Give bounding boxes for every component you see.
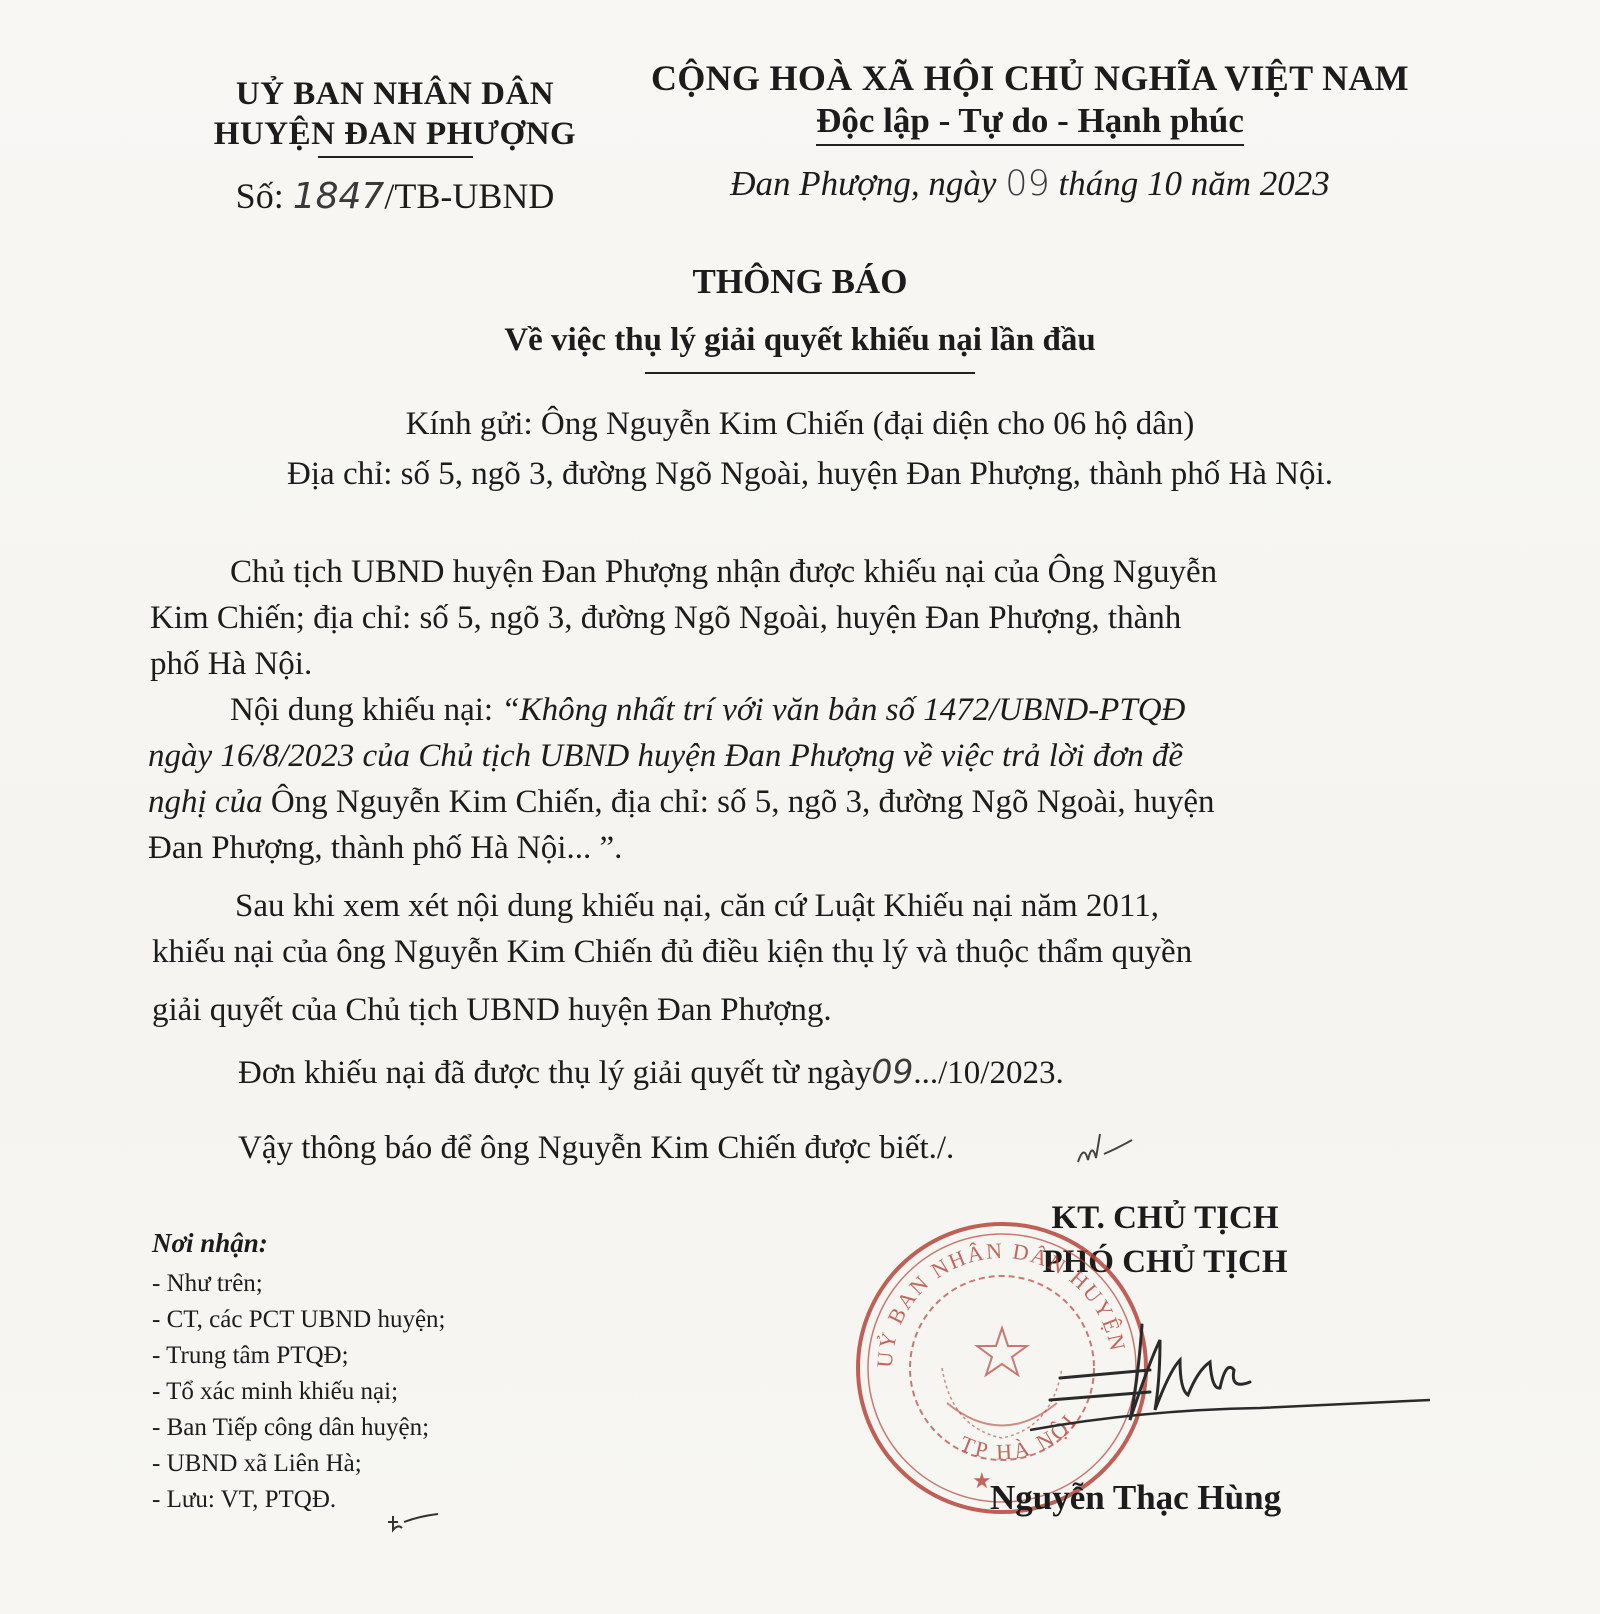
document-number: Số: 1847/TB-UBND xyxy=(150,174,640,219)
accepted-day-handwritten: 09 xyxy=(871,1052,913,1091)
national-motto: Độc lập - Tự do - Hạnh phúc xyxy=(816,100,1244,146)
accepted-date-suffix: .../10/2023. xyxy=(913,1055,1063,1091)
doc-number-suffix: /TB-UBND xyxy=(384,176,554,216)
initials-mark-icon xyxy=(1070,1124,1140,1174)
signer-name: Nguyễn Thạc Hùng xyxy=(990,1478,1281,1518)
scanned-document-page: UỶ BAN NHÂN DÂN HUYỆN ĐAN PHƯỢNG Số: 184… xyxy=(0,0,1600,1614)
document-title: THÔNG BÁO xyxy=(0,262,1600,302)
paragraph-1-line-2: Kim Chiến; địa chỉ: số 5, ngõ 3, đường N… xyxy=(150,600,1181,637)
issue-date: Đan Phượng, ngày 09 tháng 10 năm 2023 xyxy=(640,162,1420,206)
doc-number-prefix: Số: xyxy=(236,176,293,216)
quote-regular-part: Ông Nguyễn Kim Chiến, địa chỉ: số 5, ngõ… xyxy=(271,784,1215,820)
clerk-initials-icon xyxy=(384,1510,444,1536)
document-subtitle: Về việc thụ lý giải quyết khiếu nại lần … xyxy=(0,322,1600,359)
doc-number-handwritten: 1847 xyxy=(293,176,385,217)
handwritten-signature-icon xyxy=(1020,1300,1440,1460)
recipients-list-item: - Ban Tiếp công dân huyện; xyxy=(152,1414,429,1442)
paragraph-1-line-3: phố Hà Nội. xyxy=(150,646,312,683)
subtitle-underline xyxy=(645,372,975,374)
recipients-list-item: - Lưu: VT, PTQĐ. xyxy=(152,1486,336,1514)
recipients-list-item: - UBND xã Liên Hà; xyxy=(152,1450,362,1478)
agency-underline xyxy=(318,156,473,158)
recipients-list-item: - CT, các PCT UBND huyện; xyxy=(152,1306,445,1334)
paragraph-3-line-2: khiếu nại của ông Nguyễn Kim Chiến đủ đi… xyxy=(152,934,1192,971)
accepted-date-prefix: Đơn khiếu nại đã được thụ lý giải quyết … xyxy=(238,1055,871,1091)
date-suffix: tháng 10 năm 2023 xyxy=(1050,164,1330,203)
agency-name-line1: UỶ BAN NHÂN DÂN xyxy=(150,74,640,114)
quote-italic-part: nghị của xyxy=(148,784,271,820)
recipient-line: Kính gửi: Ông Nguyễn Kim Chiến (đại diện… xyxy=(0,406,1600,443)
recipient-address: Địa chỉ: số 5, ngõ 3, đường Ngõ Ngoài, h… xyxy=(10,456,1600,493)
nation-name: CỘNG HOÀ XÃ HỘI CHỦ NGHĨA VIỆT NAM xyxy=(640,56,1420,100)
paragraph-2-line-4: Đan Phượng, thành phố Hà Nội... ”. xyxy=(148,830,622,867)
recipients-list-item: - Như trên; xyxy=(152,1270,263,1298)
paragraph-2-line-3: nghị của Ông Nguyễn Kim Chiến, địa chỉ: … xyxy=(148,784,1215,821)
paragraph-4: Đơn khiếu nại đã được thụ lý giải quyết … xyxy=(238,1052,1064,1092)
issuing-agency-block: UỶ BAN NHÂN DÂN HUYỆN ĐAN PHƯỢNG Số: 184… xyxy=(150,74,640,219)
svg-text:★: ★ xyxy=(972,1468,992,1493)
complaint-quote: “Không nhất trí với văn bản số 1472/UBND… xyxy=(501,692,1185,728)
recipients-list-item: - Tổ xác minh khiếu nại; xyxy=(152,1378,398,1406)
paragraph-3-line-3: giải quyết của Chủ tịch UBND huyện Đan P… xyxy=(152,992,832,1029)
paragraph-5: Vậy thông báo để ông Nguyễn Kim Chiến đư… xyxy=(238,1130,954,1167)
paragraph-2-line-1: Nội dung khiếu nại: “Không nhất trí với … xyxy=(230,692,1185,729)
paragraph-2-line-2: ngày 16/8/2023 của Chủ tịch UBND huyện Đ… xyxy=(148,738,1183,775)
complaint-content-label: Nội dung khiếu nại: xyxy=(230,692,501,728)
national-motto-block: CỘNG HOÀ XÃ HỘI CHỦ NGHĨA VIỆT NAM Độc l… xyxy=(640,56,1420,206)
recipients-list-title: Nơi nhận: xyxy=(152,1228,268,1259)
agency-name-line2: HUYỆN ĐAN PHƯỢNG xyxy=(150,114,640,154)
recipients-list-item: - Trung tâm PTQĐ; xyxy=(152,1342,349,1370)
date-day-handwritten: 09 xyxy=(1005,164,1050,204)
date-prefix: Đan Phượng, ngày xyxy=(730,164,1005,203)
paragraph-1-line-1: Chủ tịch UBND huyện Đan Phượng nhận được… xyxy=(230,554,1217,591)
paragraph-3-line-1: Sau khi xem xét nội dung khiếu nại, căn … xyxy=(235,888,1159,925)
